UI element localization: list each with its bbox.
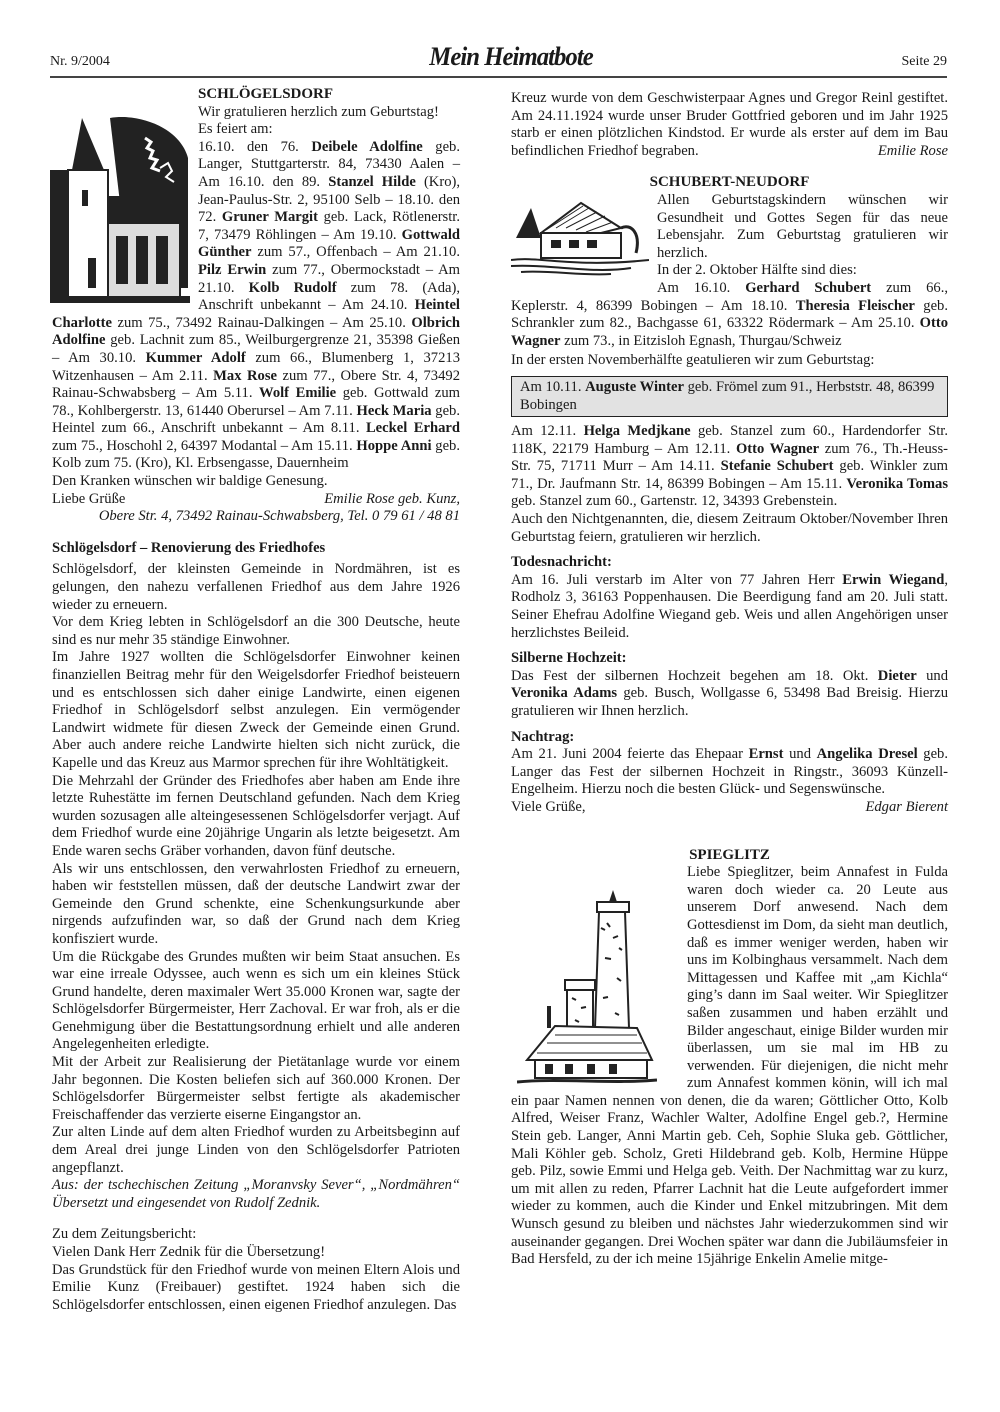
page-header: Nr. 9/2004 Mein Heimatbote Seite 29 bbox=[50, 48, 947, 78]
birthday-name: Max Rose bbox=[213, 368, 277, 384]
birthday-name: Otto Wagner bbox=[736, 441, 819, 457]
birthday-name: Kolb Rudolf bbox=[249, 280, 337, 296]
highlighted-birthday-box: Am 10.11. Auguste Winter geb. Frömel zum… bbox=[511, 376, 948, 417]
birthday-name: Hoppe Anni bbox=[356, 438, 431, 454]
section-title-schubert-neudorf: SCHUBERT-NEUDORF bbox=[511, 174, 948, 192]
birthday-name: Deibele Adolfine bbox=[311, 139, 422, 155]
section-title-schloegelsdorf: SCHLÖGELSDORF bbox=[52, 86, 460, 104]
birthday-name: Leckel Erhard bbox=[366, 420, 460, 436]
signature-row: Liebe Grüße Emilie Rose geb. Kunz, bbox=[52, 491, 460, 509]
silver-wedding-text: Das Fest der silbernen Hochzeit begehen … bbox=[511, 668, 948, 721]
birthday-name: Kummer Adolf bbox=[146, 350, 246, 366]
followup-title: Zu dem Zeitungsbericht: bbox=[52, 1226, 460, 1244]
sick-wish: Den Kranken wünschen wir baldige Genesun… bbox=[52, 473, 460, 491]
followup-thanks: Vielen Dank Herr Zednik für die Übersetz… bbox=[52, 1244, 460, 1262]
signature: Edgar Bierent bbox=[865, 799, 948, 817]
birthday-name: Pilz Erwin bbox=[198, 262, 266, 278]
article-paragraph: Schlögelsdorf, der kleinsten Gemeinde in… bbox=[52, 561, 460, 614]
birthday-name: Gruner Margit bbox=[222, 209, 318, 225]
addendum-text: Am 21. Juni 2004 feierte das Ehepaar Ern… bbox=[511, 746, 948, 799]
oct-birthday-list: Am 16.10. Gerhard Schubert zum 66., Kepl… bbox=[511, 280, 948, 350]
article-paragraph: Mit der Arbeit zur Realisierung der Piet… bbox=[52, 1054, 460, 1124]
birthday-name: Gerhard Schubert bbox=[745, 280, 871, 296]
left-column: SCHLÖGELSDORF Wir gratulieren herzlich z… bbox=[52, 86, 460, 1314]
birthday-name: Heck Maria bbox=[357, 403, 432, 419]
masthead-logo: Mein Heimatbote bbox=[429, 42, 592, 72]
nov-birthday-list: Am 12.11. Helga Medjkane geb. Stanzel zu… bbox=[511, 423, 948, 511]
article-paragraph: Im Jahre 1927 wollten die Schlögelsdorfe… bbox=[52, 649, 460, 772]
article-paragraph: Zur alten Linde auf dem alten Friedhof w… bbox=[52, 1124, 460, 1177]
page-number: Seite 29 bbox=[902, 54, 948, 70]
article-paragraph: Die Mehrzahl der Gründer des Friedhofes … bbox=[52, 773, 460, 861]
article-paragraph: Als wir uns entschlossen, den verwahrlos… bbox=[52, 861, 460, 949]
birthday-name: Stanzel Hilde bbox=[328, 174, 416, 190]
nov-intro: In der ersten Novemberhälfte geatulieren… bbox=[511, 352, 948, 370]
article-paragraph: Um die Rückgabe des Grundes mußten wir b… bbox=[52, 949, 460, 1055]
continuation-signature: Emilie Rose bbox=[878, 143, 948, 161]
closing-greeting: Viele Grüße, bbox=[511, 799, 586, 817]
signature: Emilie Rose geb. Kunz, bbox=[324, 491, 460, 509]
section-title-spieglitz: SPIEGLITZ bbox=[511, 847, 948, 865]
signature-row: Viele Grüße, Edgar Bierent bbox=[511, 799, 948, 817]
death-notice-text: Am 16. Juli verstarb im Alter von 77 Jah… bbox=[511, 572, 948, 642]
tower-illustration-icon bbox=[517, 888, 657, 1088]
header-rule bbox=[50, 76, 947, 78]
article-paragraph: Vor dem Krieg lebten in Schlögelsdorf an… bbox=[52, 614, 460, 649]
birthday-name: Auguste Winter bbox=[585, 379, 684, 395]
followup-text: Das Grundstück für den Friedhof wurde vo… bbox=[52, 1262, 460, 1315]
death-notice-title: Todesnachricht: bbox=[511, 554, 948, 572]
others-wish: Auch den Nichtgenannten, die, diesem Zei… bbox=[511, 511, 948, 546]
right-column: Kreuz wurde von dem Geschwisterpaar Agne… bbox=[511, 90, 948, 1269]
article-title: Schlögelsdorf – Renovierung des Friedhof… bbox=[52, 540, 460, 558]
silver-wedding-title: Silberne Hochzeit: bbox=[511, 650, 948, 668]
farmhouse-illustration-icon bbox=[511, 198, 649, 278]
signature-address: Obere Str. 4, 73492 Rainau-Schwabsberg, … bbox=[52, 508, 460, 526]
birthday-name: Veronika Tomas bbox=[846, 476, 948, 492]
addendum-title: Nachtrag: bbox=[511, 729, 948, 747]
birthday-name: Helga Medjkane bbox=[584, 423, 691, 439]
birthday-name: Theresia Fleischer bbox=[796, 298, 915, 314]
birthday-name: Wolf Emilie bbox=[259, 385, 336, 401]
article-source: Aus: der tschechischen Zeitung „Moranvsk… bbox=[52, 1177, 460, 1212]
issue-number: Nr. 9/2004 bbox=[50, 54, 110, 70]
continuation-text: Kreuz wurde von dem Geschwisterpaar Agne… bbox=[511, 90, 948, 160]
closing-greeting: Liebe Grüße bbox=[52, 491, 125, 509]
church-illustration-icon bbox=[50, 108, 190, 303]
birthday-name: Stefanie Schubert bbox=[721, 458, 834, 474]
